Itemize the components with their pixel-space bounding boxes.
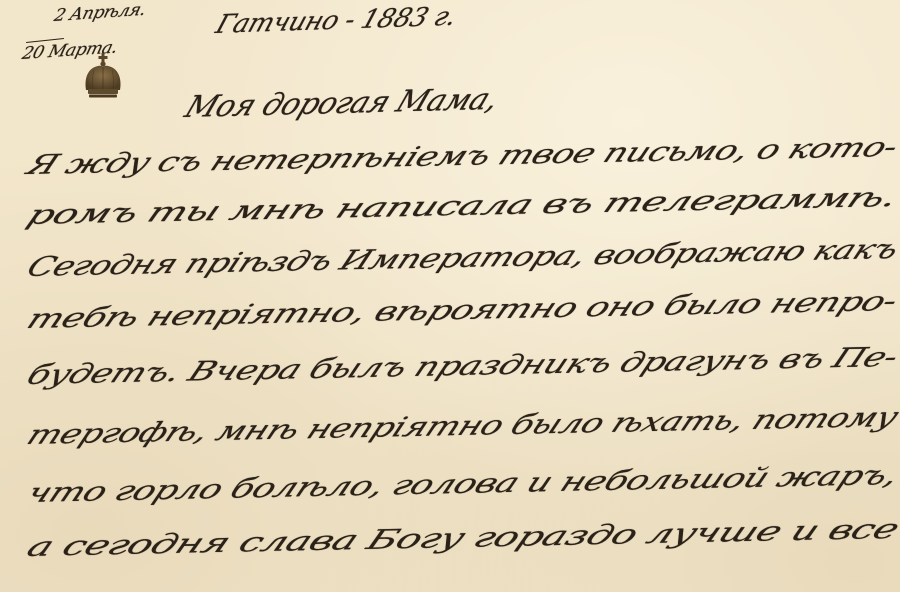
imperial-crown-icon (82, 52, 124, 102)
place-and-date: Гатчино - 1883 г. (212, 2, 460, 40)
letter-paper: 2 Апрѣля. 20 Марта. Гатчино - 1883 г. Мо… (0, 0, 900, 592)
body-line-6: тергофѣ, мнѣ непрiятно было ѣхать, потом… (22, 402, 900, 451)
body-line-3: Сегодня прiѣздъ Императора, воображаю ка… (22, 234, 900, 283)
body-line-4: тебѣ непрiятно, вѣроятно оно было непро- (22, 286, 900, 335)
date-new-style: 2 Апрѣля. (52, 0, 148, 26)
body-line-8: а сегодня слава Богу гораздо лучше и все (22, 514, 900, 563)
body-line-7: что горло болѣло, голова и небольшой жар… (22, 460, 900, 509)
body-line-2: ромъ ты мнѣ написала въ телеграммѣ. (22, 182, 900, 231)
body-line-1: Я ждy съ нетерпѣнiемъ твое письмо, о кот… (22, 132, 900, 181)
body-line-5: будетъ. Вчера былъ праздникъ драгунъ въ … (22, 342, 900, 391)
salutation: Моя дорогая Мама, (180, 82, 504, 125)
